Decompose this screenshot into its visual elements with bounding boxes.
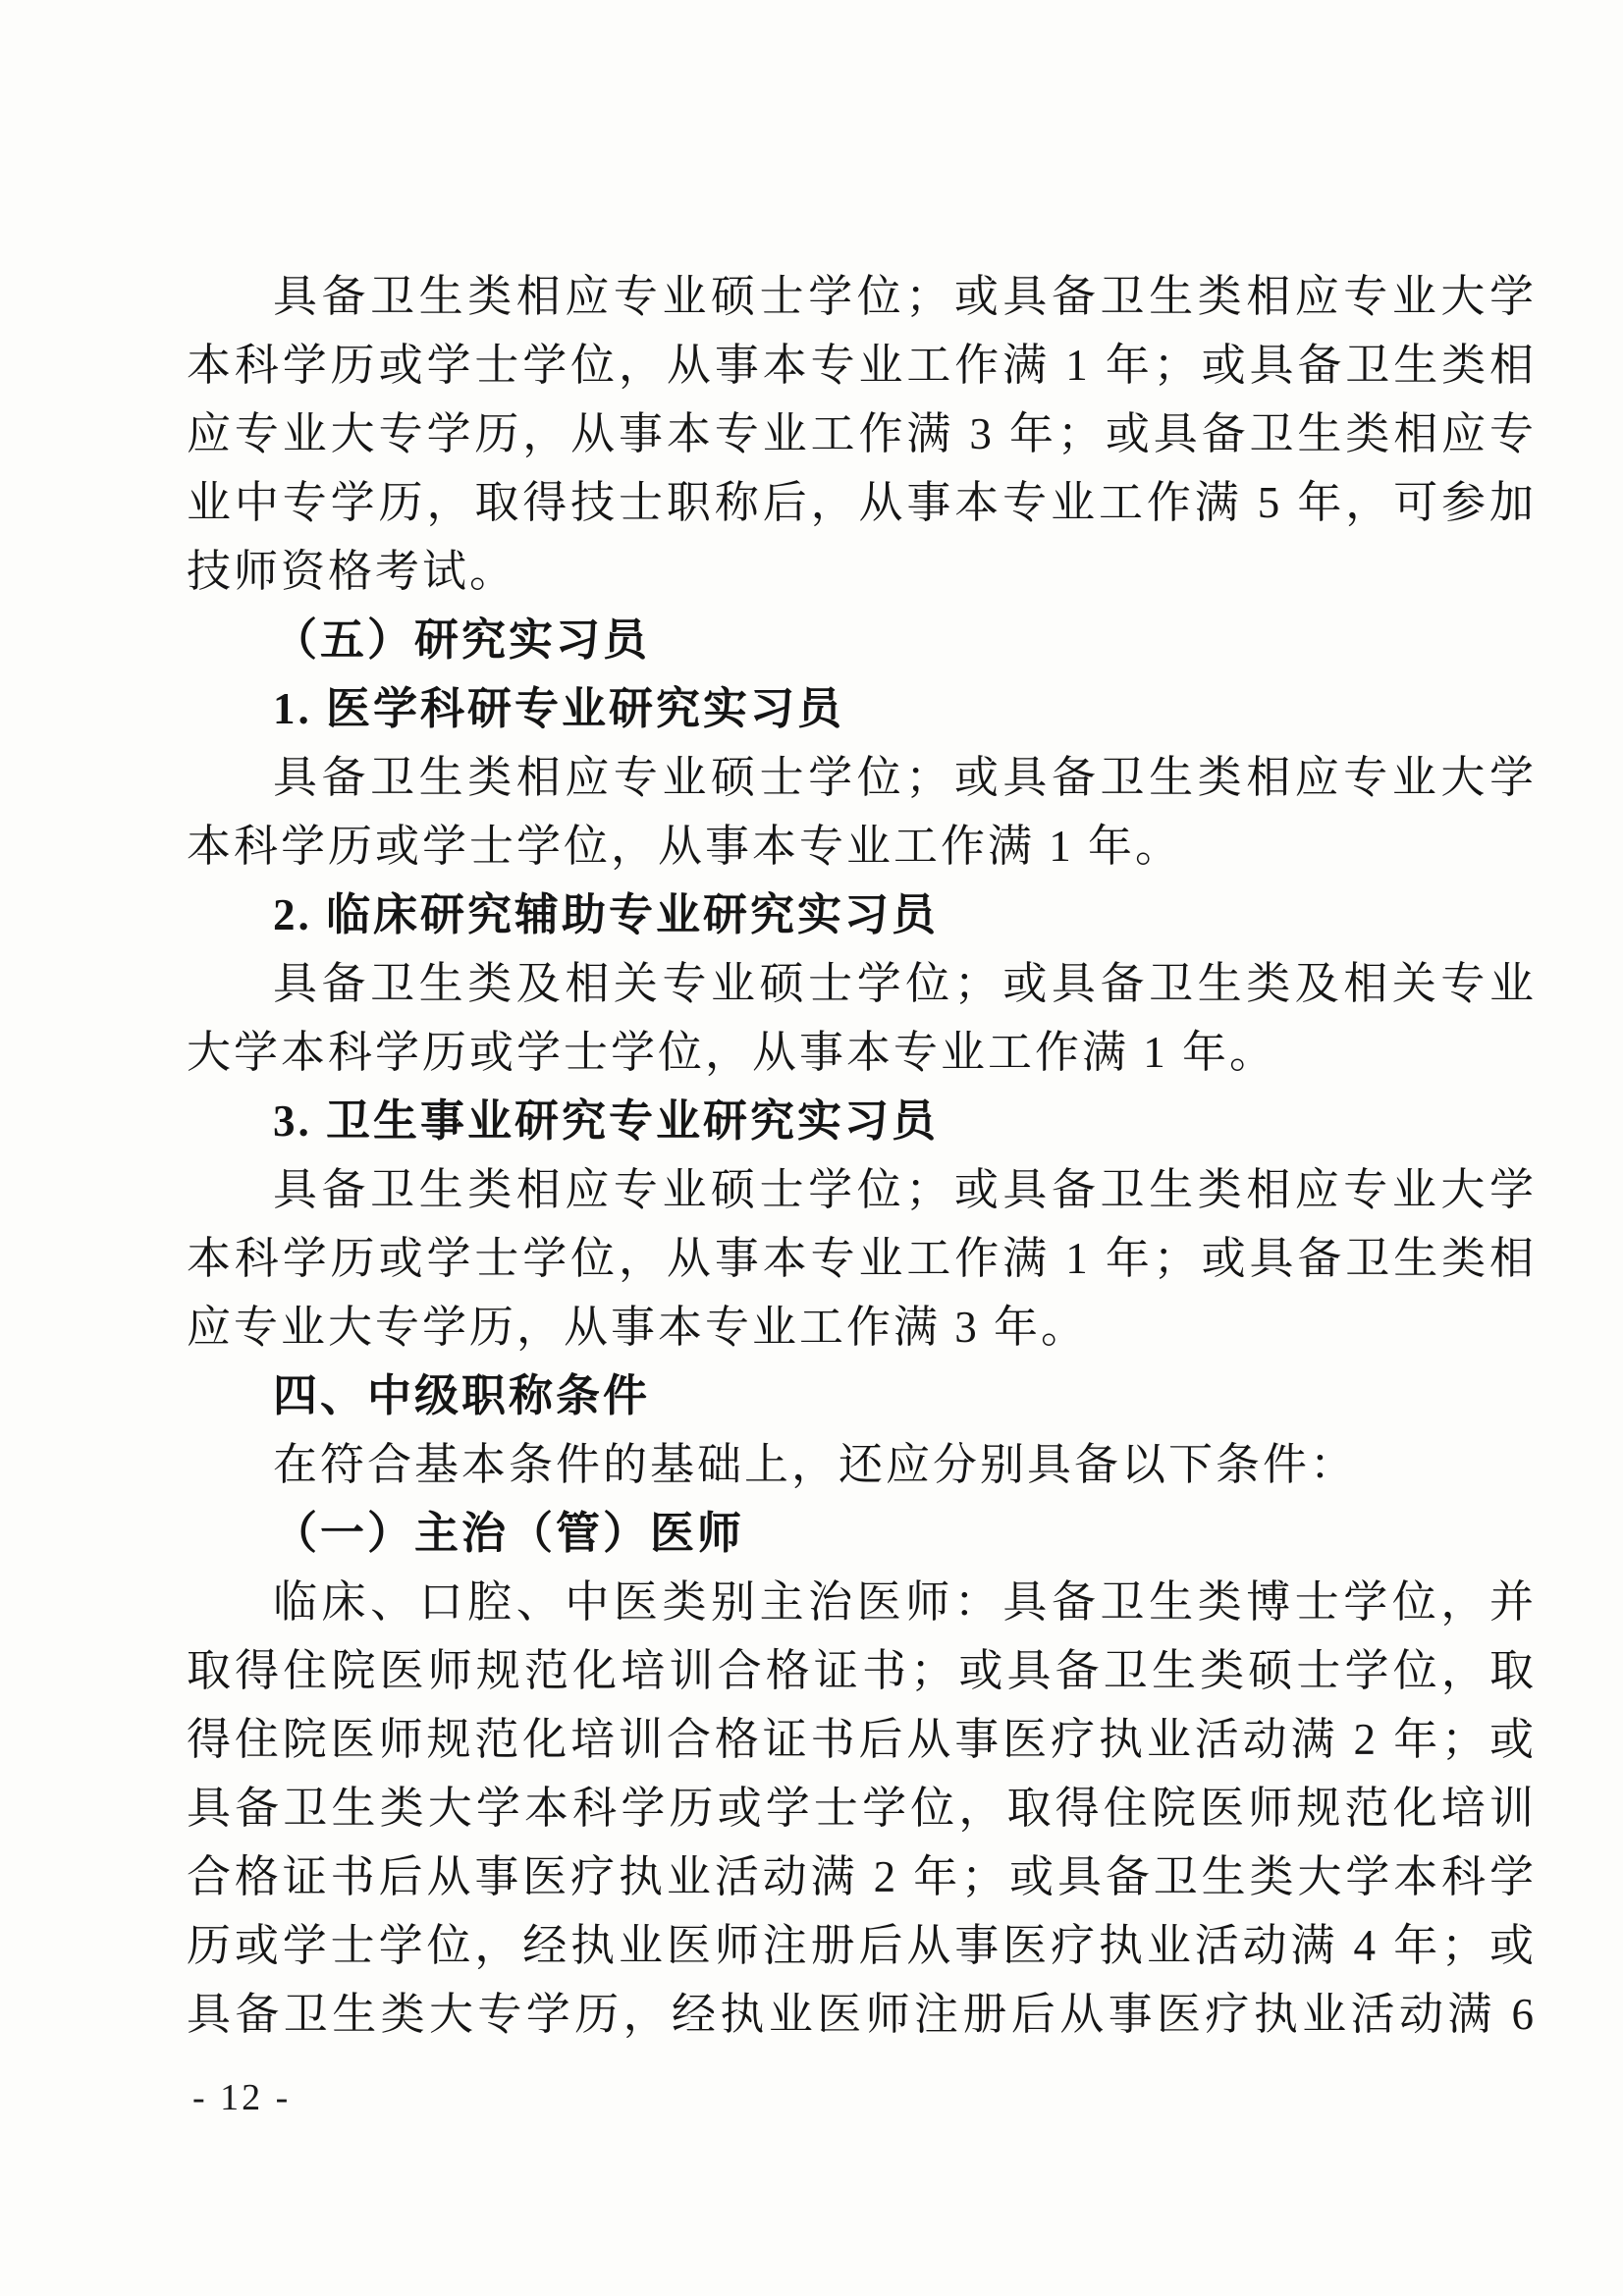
heading-line: （五）研究实习员 [187,606,1537,674]
text-line: 在符合基本条件的基础上，还应分别具备以下条件： [187,1430,1537,1499]
text-line: 应专业大专学历，从事本专业工作满 3 年；或具备卫生类相应专 [187,400,1537,468]
heading-line: （一）主治（管）医师 [187,1499,1537,1568]
text-line: 临床、口腔、中医类别主治医师：具备卫生类博士学位，并 [187,1568,1537,1636]
text-line: 本科学历或学士学位，从事本专业工作满 1 年。 [187,812,1537,881]
text-line: 取得住院医师规范化培训合格证书；或具备卫生类硕士学位，取 [187,1636,1537,1705]
document-body: 具备卫生类相应专业硕士学位；或具备卫生类相应专业大学本科学历或学士学位，从事本专… [187,262,1537,2049]
text-line: 本科学历或学士学位，从事本专业工作满 1 年；或具备卫生类相 [187,1224,1537,1293]
text-line: 应专业大专学历，从事本专业工作满 3 年。 [187,1293,1537,1362]
heading-line: 四、中级职称条件 [187,1362,1537,1430]
page-number: - 12 - [192,2073,291,2122]
text-line: 本科学历或学士学位，从事本专业工作满 1 年；或具备卫生类相 [187,331,1537,400]
text-line: 技师资格考试。 [187,537,1537,606]
text-line: 具备卫生类大学本科学历或学士学位，取得住院医师规范化培训 [187,1774,1537,1842]
text-line: 历或学士学位，经执业医师注册后从事医疗执业活动满 4 年；或 [187,1911,1537,1980]
text-line: 得住院医师规范化培训合格证书后从事医疗执业活动满 2 年；或 [187,1705,1537,1774]
text-line: 合格证书后从事医疗执业活动满 2 年；或具备卫生类大学本科学 [187,1842,1537,1911]
heading-line: 1. 医学科研专业研究实习员 [187,674,1537,743]
text-line: 大学本科学历或学士学位，从事本专业工作满 1 年。 [187,1018,1537,1087]
text-line: 具备卫生类大专学历，经执业医师注册后从事医疗执业活动满 6 [187,1980,1537,2049]
text-line: 具备卫生类相应专业硕士学位；或具备卫生类相应专业大学 [187,1155,1537,1224]
text-line: 具备卫生类相应专业硕士学位；或具备卫生类相应专业大学 [187,262,1537,331]
text-line: 具备卫生类相应专业硕士学位；或具备卫生类相应专业大学 [187,743,1537,812]
document-page: 具备卫生类相应专业硕士学位；或具备卫生类相应专业大学本科学历或学士学位，从事本专… [0,0,1623,2296]
heading-line: 2. 临床研究辅助专业研究实习员 [187,881,1537,949]
heading-line: 3. 卫生事业研究专业研究实习员 [187,1087,1537,1155]
text-line: 业中专学历，取得技士职称后，从事本专业工作满 5 年，可参加 [187,468,1537,537]
text-line: 具备卫生类及相关专业硕士学位；或具备卫生类及相关专业 [187,949,1537,1018]
